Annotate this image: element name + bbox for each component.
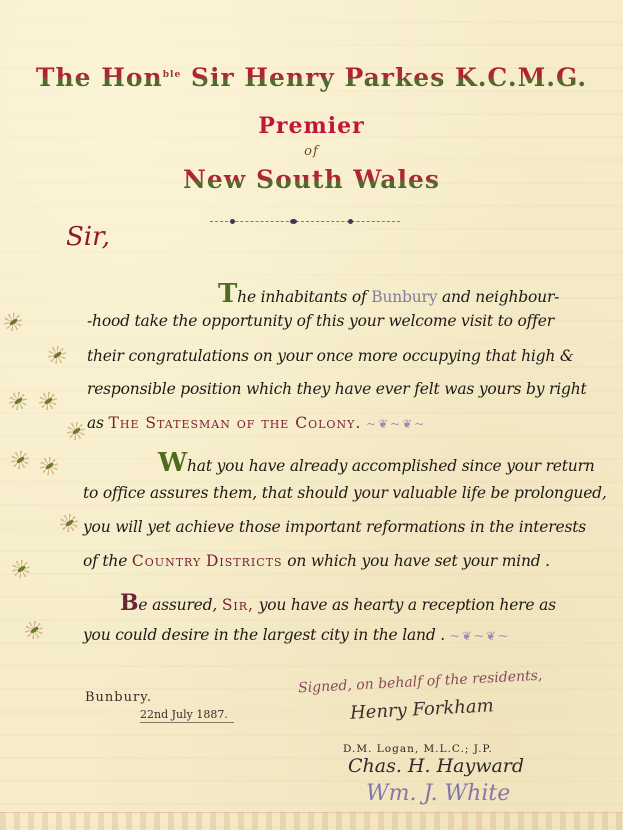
dropcap-w: W xyxy=(158,448,187,478)
text: e assured, xyxy=(138,596,217,614)
signature-4: Wm. J. White xyxy=(366,781,510,806)
header-premier: Premier xyxy=(0,113,623,139)
salutation-text: Sir, xyxy=(66,222,110,252)
p3-line2: you could desire in the largest city in … xyxy=(83,626,510,644)
illuminated-country: Country xyxy=(132,552,201,570)
flower-icon xyxy=(25,621,43,639)
p1-line5: as The Statesman of the Colony. ~❦~❦~ xyxy=(87,414,426,432)
flower-icon xyxy=(11,451,29,469)
flower-icon xyxy=(67,422,85,440)
p2-line2: to office assures them, that should your… xyxy=(83,484,607,502)
text: as xyxy=(87,414,104,432)
p1-line4: responsible position which they have eve… xyxy=(87,380,587,398)
p1-line2: -hood take the opportunity of this your … xyxy=(87,312,554,330)
p1-line1: The inhabitants of Bunbury and neighbour… xyxy=(218,279,559,309)
title-honours: K.C.M.G. xyxy=(455,63,587,92)
flourish-icon: ~❦~❦~ xyxy=(366,417,426,431)
flower-icon xyxy=(60,514,78,532)
title-the: The xyxy=(36,63,92,92)
text: you could desire in the largest city in … xyxy=(83,626,445,644)
illuminated-sir: Sir, xyxy=(222,596,254,614)
flower-icon xyxy=(4,313,22,331)
p1-line3: their congratulations on your once more … xyxy=(87,347,573,365)
p2-line4: of the Country Districts on which you ha… xyxy=(83,552,550,570)
header-of: of xyxy=(0,144,623,159)
salutation: Sir, xyxy=(66,222,110,252)
text: he inhabitants of xyxy=(237,288,366,306)
signature-1: Henry Forkham xyxy=(350,695,495,723)
illuminated-districts: Districts xyxy=(206,552,283,570)
flower-icon xyxy=(39,392,57,410)
flourish-icon: ~❦~❦~ xyxy=(450,629,510,643)
ornamental-divider xyxy=(210,219,400,225)
illuminated-statesman: The Statesman of the Colony. xyxy=(109,414,362,432)
signature-2-printed: D.M. Logan, M.L.C.; J.P. xyxy=(343,743,493,755)
divider-line xyxy=(210,221,400,222)
dropcap-t: T xyxy=(218,279,237,309)
header-state: New South Wales xyxy=(0,165,623,194)
paper-bottom-edge xyxy=(0,812,623,830)
divider-dot-icon xyxy=(230,219,235,224)
text: on which you have set your mind . xyxy=(287,552,550,570)
flower-icon xyxy=(40,457,58,475)
p2-line1: What you have already accomplished since… xyxy=(158,448,595,478)
flower-icon xyxy=(12,560,30,578)
dropcap-b: B xyxy=(120,590,138,616)
text: and neighbour- xyxy=(442,288,559,306)
header-line-name: The Honble Sir Henry Parkes K.C.M.G. xyxy=(0,63,623,92)
text: hat you have already accomplished since … xyxy=(187,457,595,475)
signature-3: Chas. H. Hayward xyxy=(348,755,524,777)
divider-dot-icon xyxy=(348,219,353,224)
divider-dot-icon xyxy=(290,219,297,224)
title-state: New South Wales xyxy=(183,165,440,194)
title-sir: Sir xyxy=(191,63,235,92)
text: you have as hearty a reception here as xyxy=(259,596,556,614)
title-hon-suffix: ble xyxy=(163,70,181,80)
flower-icon xyxy=(9,392,27,410)
title-name: Henry Parkes xyxy=(244,63,445,92)
date: 22nd July 1887. xyxy=(140,708,234,723)
text: of the xyxy=(83,552,127,570)
flower-icon xyxy=(48,346,66,364)
p2-line3: you will yet achieve those important ref… xyxy=(83,518,586,536)
signed-note: Signed, on behalf of the residents, xyxy=(298,668,543,697)
illuminated-place-name: Bunbury xyxy=(371,288,437,306)
title-hon: Hon xyxy=(101,63,162,92)
place-name: Bunbury. xyxy=(85,690,152,705)
p3-line1: Be assured, Sir, you have as hearty a re… xyxy=(120,590,556,616)
